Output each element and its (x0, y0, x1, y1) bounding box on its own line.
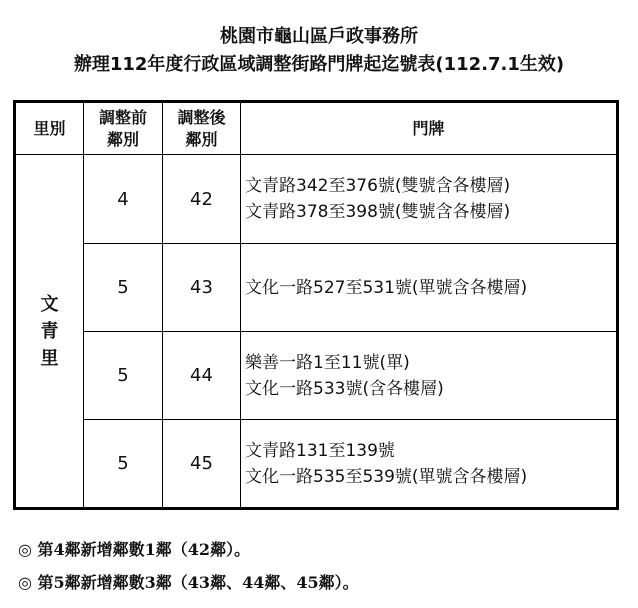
address-line: 文化一路535至539號(單號含各樓層) (245, 464, 616, 490)
header-before-neighborhood: 調整前 鄰別 (84, 102, 163, 155)
address-cell: 文青路131至139號 文化一路535至539號(單號含各樓層) (241, 420, 618, 509)
before-neighborhood: 5 (84, 244, 163, 332)
table-row: 文 青 里 4 42 文青路342至376號(雙號含各樓層) 文青路378至39… (15, 155, 618, 244)
after-neighborhood: 45 (163, 420, 241, 509)
address-cell: 文青路342至376號(雙號含各樓層) 文青路378至398號(雙號含各樓層) (241, 155, 618, 244)
table-row: 5 44 樂善一路1至11號(單) 文化一路533號(含各樓層) (15, 332, 618, 420)
address-line: 文化一路533號(含各樓層) (245, 376, 616, 402)
address-line: 文化一路527至531號(單號含各樓層) (245, 275, 616, 301)
address-line: 文青路378至398號(雙號含各樓層) (245, 199, 616, 225)
village-char: 文 (16, 291, 83, 318)
header-address: 門牌 (241, 102, 618, 155)
village-cell: 文 青 里 (15, 155, 84, 509)
village-char: 青 (16, 318, 83, 345)
header-after-line1: 調整後 (163, 107, 240, 129)
address-cell: 樂善一路1至11號(單) 文化一路533號(含各樓層) (241, 332, 618, 420)
table-row: 5 43 文化一路527至531號(單號含各樓層) (15, 244, 618, 332)
address-cell: 文化一路527至531號(單號含各樓層) (241, 244, 618, 332)
before-neighborhood: 5 (84, 420, 163, 509)
header-village: 里別 (15, 102, 84, 155)
address-line: 樂善一路1至11號(單) (245, 350, 616, 376)
header-row: 里別 調整前 鄰別 調整後 鄰別 門牌 (15, 102, 618, 155)
after-neighborhood: 43 (163, 244, 241, 332)
village-char: 里 (16, 345, 83, 372)
note-neighborhood-4: ◎ 第4鄰新增鄰數1鄰（42鄰）。 (18, 537, 250, 560)
table-row: 5 45 文青路131至139號 文化一路535至539號(單號含各樓層) (15, 420, 618, 509)
office-title: 桃園市龜山區戶政事務所 (0, 22, 638, 48)
header-before-line1: 調整前 (84, 107, 162, 129)
note-neighborhood-5: ◎ 第5鄰新增鄰數3鄰（43鄰、44鄰、45鄰）。 (18, 570, 359, 593)
address-line: 文青路131至139號 (245, 438, 616, 464)
header-after-neighborhood: 調整後 鄰別 (163, 102, 241, 155)
document-title: 辦理112年度行政區域調整街路門牌起迄號表(112.7.1生效) (0, 50, 638, 76)
before-neighborhood: 5 (84, 332, 163, 420)
header-after-line2: 鄰別 (163, 129, 240, 151)
after-neighborhood: 44 (163, 332, 241, 420)
header-before-line2: 鄰別 (84, 129, 162, 151)
after-neighborhood: 42 (163, 155, 241, 244)
before-neighborhood: 4 (84, 155, 163, 244)
address-line: 文青路342至376號(雙號含各樓層) (245, 173, 616, 199)
address-adjustment-table: 里別 調整前 鄰別 調整後 鄰別 門牌 文 青 里 4 42 文青路342至37… (13, 100, 619, 510)
